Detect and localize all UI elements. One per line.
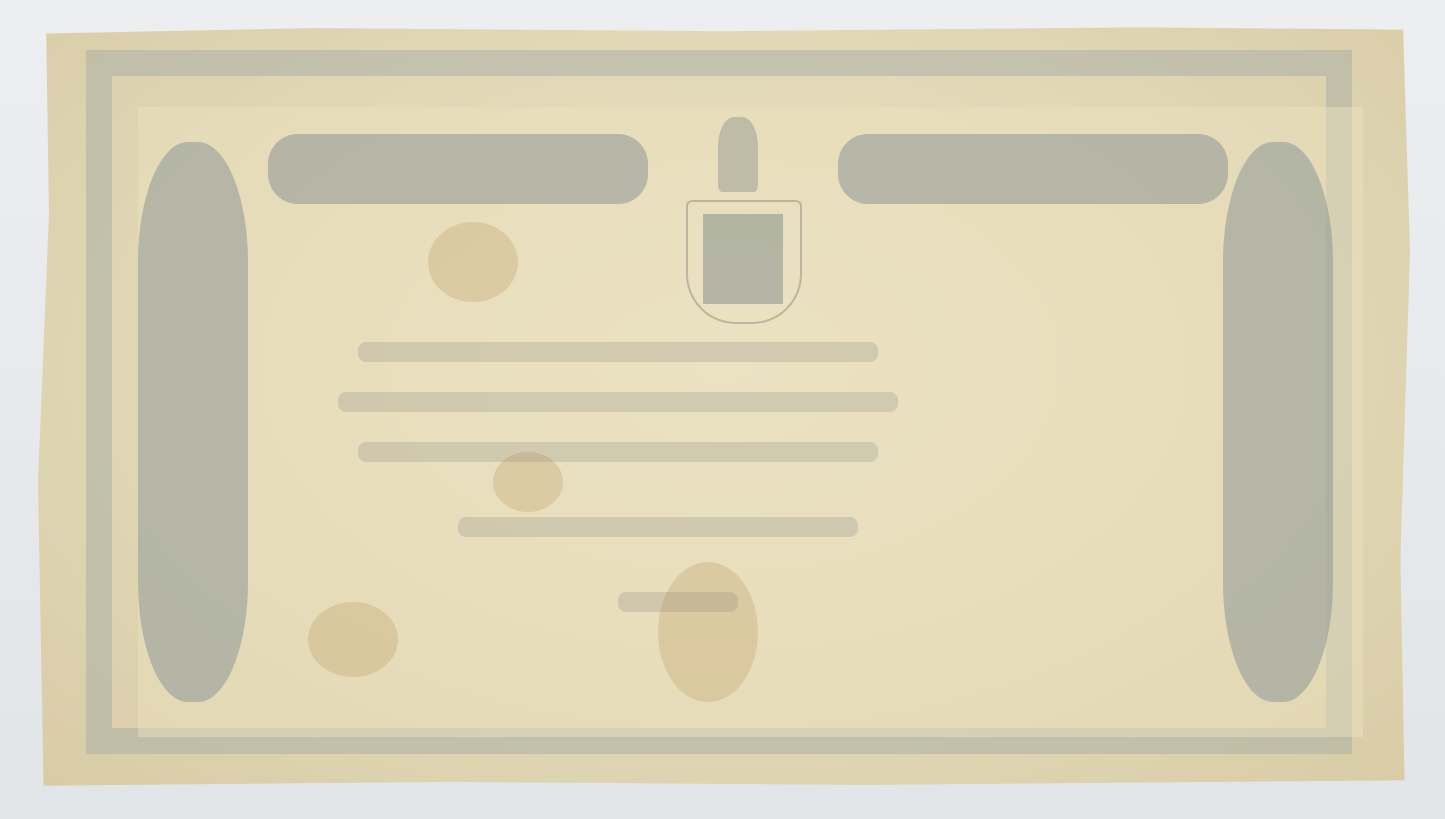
script-line xyxy=(338,392,898,412)
stain xyxy=(308,602,398,677)
stain xyxy=(428,222,518,302)
stain xyxy=(658,562,758,702)
right-vignette xyxy=(1223,142,1333,702)
crest-figure xyxy=(718,117,758,192)
banknote xyxy=(38,22,1410,788)
left-vignette xyxy=(138,142,248,702)
script-line xyxy=(358,442,878,462)
script-line xyxy=(458,517,858,537)
stain xyxy=(493,452,563,512)
left-banner xyxy=(268,134,648,204)
script-line xyxy=(358,342,878,362)
coat-of-arms xyxy=(686,200,802,324)
right-banner xyxy=(838,134,1228,204)
